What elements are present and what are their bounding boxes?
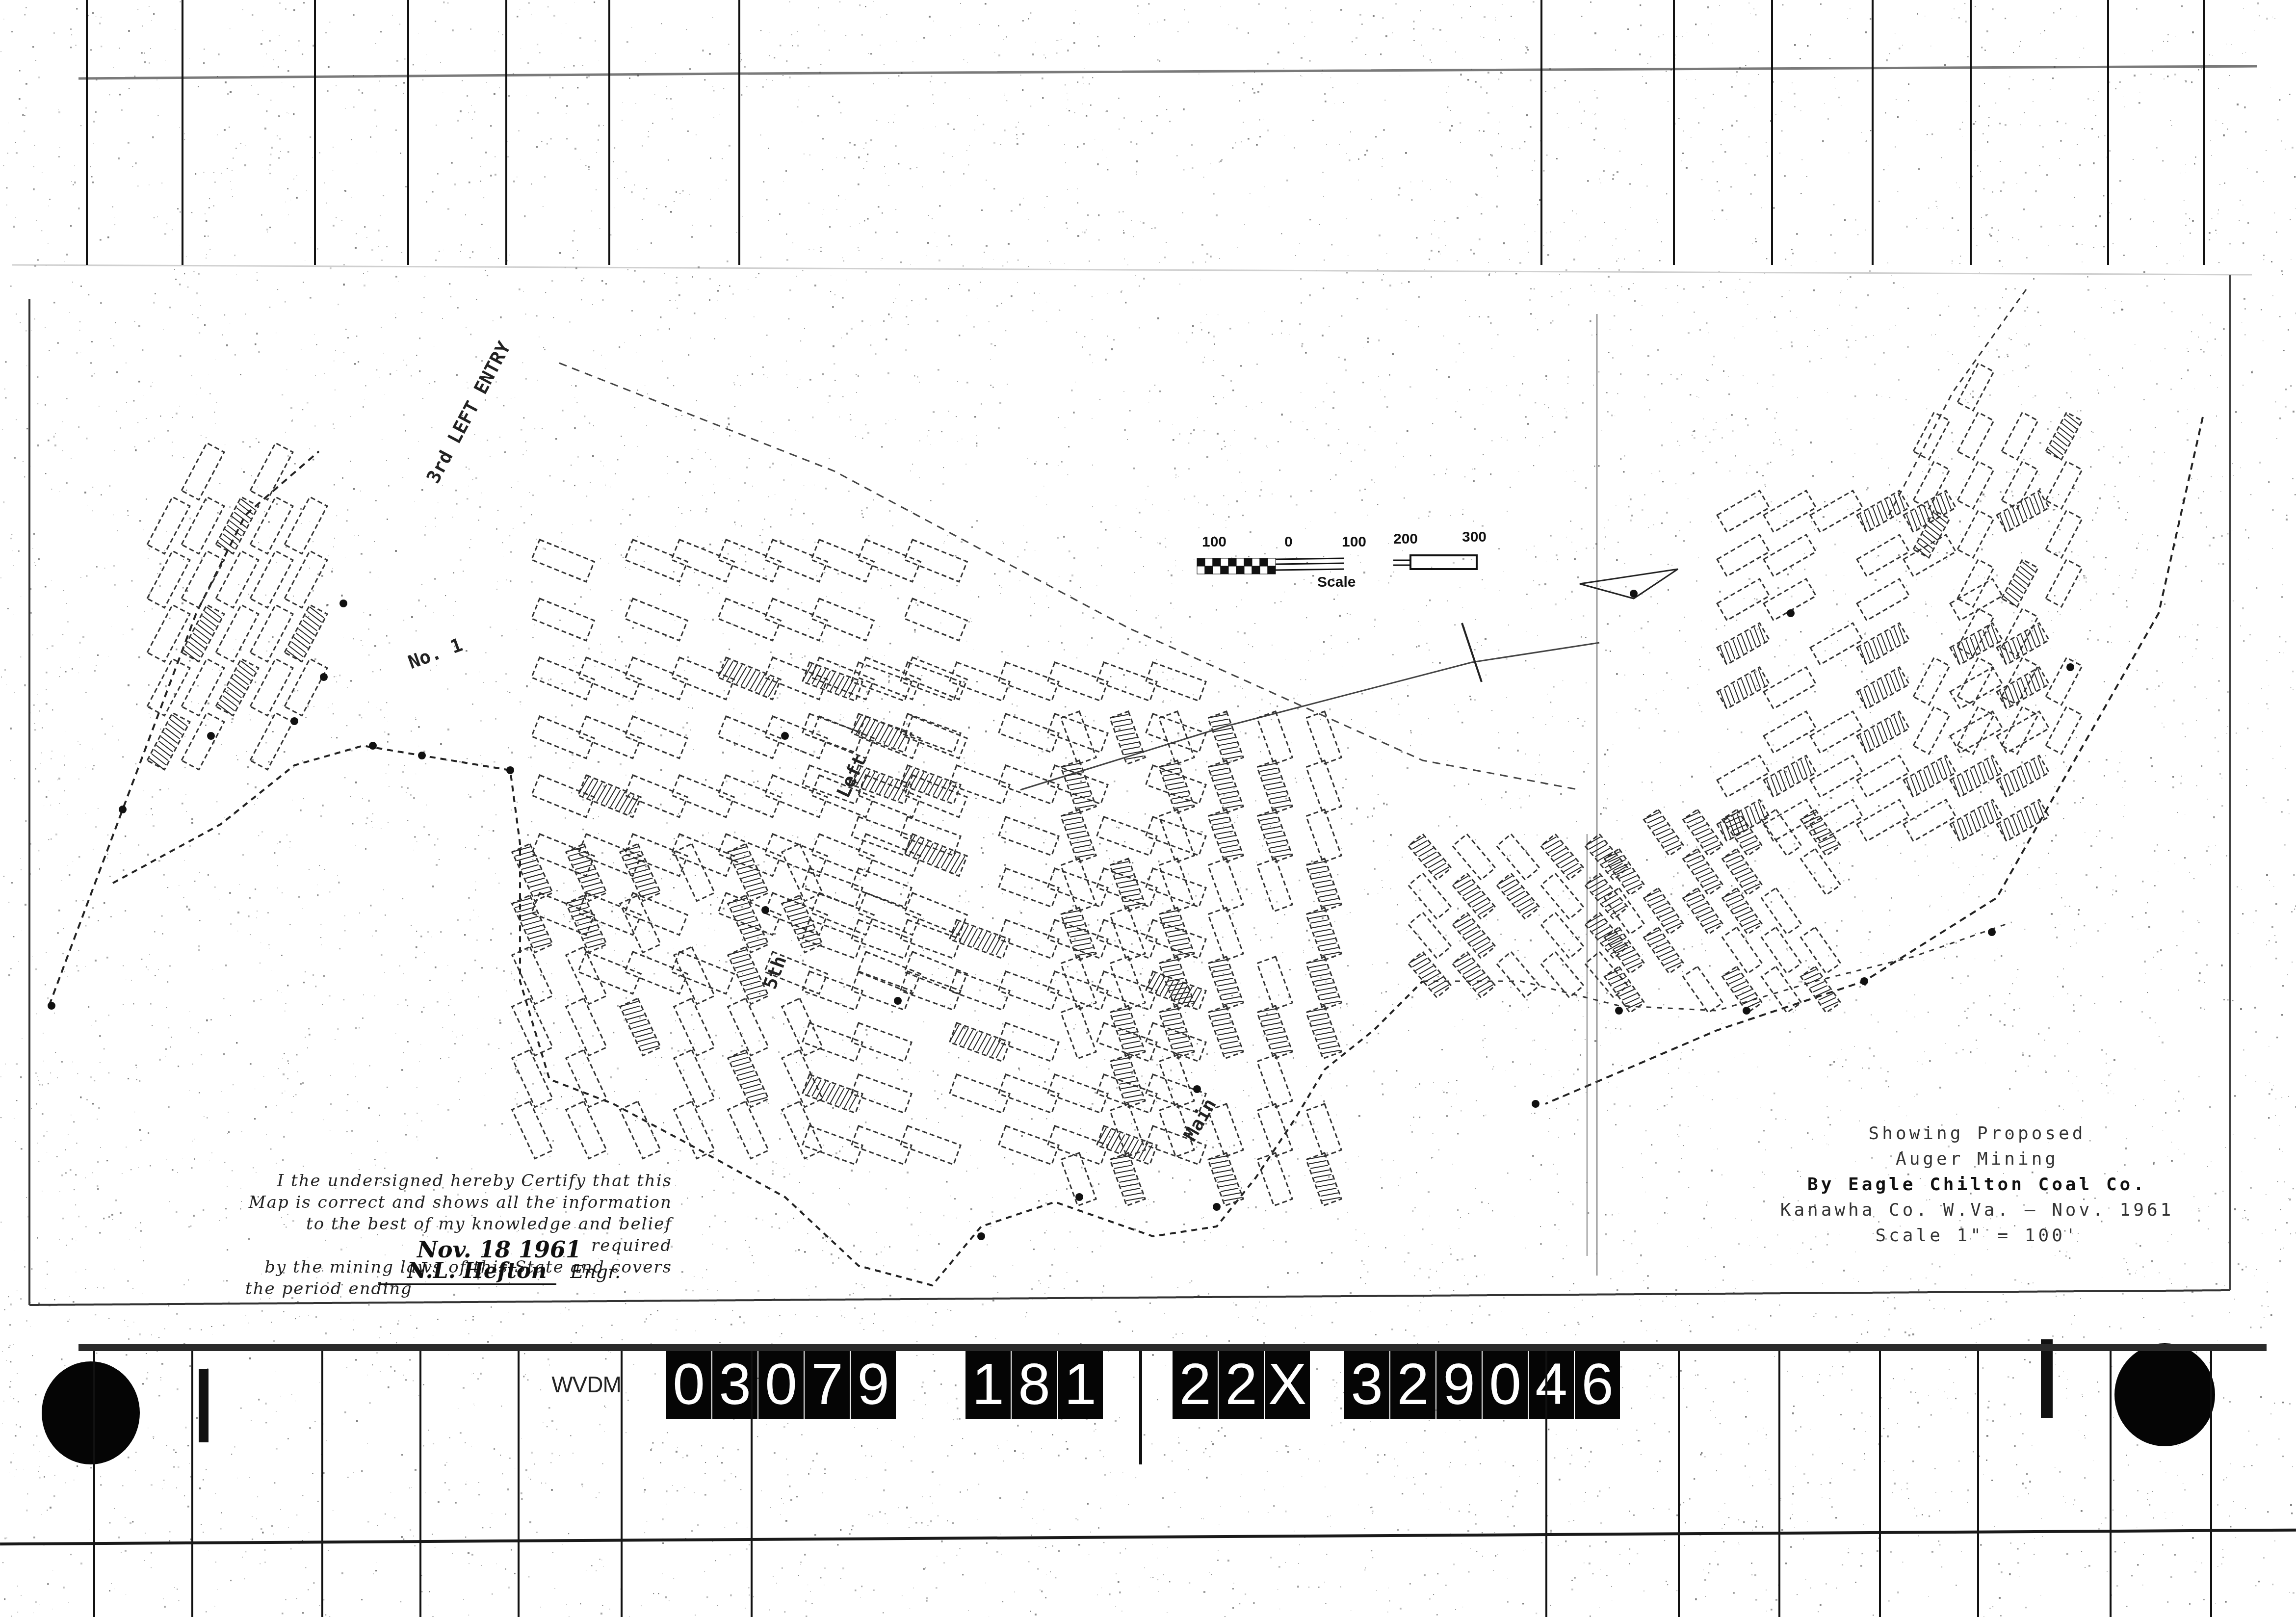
survey-station-icon — [1988, 928, 1996, 936]
arrow-line — [1580, 569, 1678, 599]
survey-station-icon — [1213, 1203, 1221, 1211]
engineer-signature: N.L. Hefton Engr. — [378, 1258, 621, 1283]
film-id-digit: 1 — [965, 1350, 1011, 1419]
title-line: Auger Mining — [1776, 1147, 2178, 1172]
property-boundary — [1545, 417, 2203, 1104]
survey-station-icon — [119, 806, 127, 813]
grid-line — [419, 1344, 421, 1617]
grid-line — [621, 1344, 623, 1617]
signature-suffix: Engr. — [570, 1261, 621, 1282]
film-edge-top — [78, 66, 2257, 78]
survey-station-icon — [207, 732, 215, 740]
outcrop-line — [1423, 922, 2011, 1011]
film-marker-right — [2041, 1339, 2053, 1418]
title-line: By Eagle Chilton Coal Co. — [1776, 1172, 2178, 1198]
survey-station-icon — [977, 1232, 985, 1240]
film-id-group: 03079 — [666, 1350, 897, 1419]
grid-line — [518, 1344, 520, 1617]
grid-line — [1678, 1344, 1680, 1617]
grid-line — [182, 0, 183, 265]
survey-station-icon — [320, 673, 328, 681]
survey-station-icon — [1193, 1085, 1201, 1093]
film-id-prefix: WVDM — [549, 1364, 623, 1406]
survey-station-icon — [369, 742, 377, 750]
north-line — [1462, 623, 1482, 682]
reel-hole-left-icon — [42, 1361, 140, 1464]
certification-line: I the undersigned hereby Certify that th… — [231, 1170, 672, 1192]
grid-line — [191, 1344, 193, 1617]
title-line: Kanawha Co. W.Va. — Nov. 1961 — [1776, 1198, 2178, 1223]
survey-station-icon — [1787, 609, 1795, 617]
grid-line — [1778, 1344, 1780, 1617]
survey-station-icon — [48, 1002, 55, 1010]
grid-line — [738, 0, 740, 265]
film-id-digit: 0 — [1483, 1350, 1528, 1419]
survey-station-icon — [290, 717, 298, 725]
film-id-digit: X — [1265, 1350, 1310, 1419]
film-id-digit: 2 — [1173, 1350, 1218, 1419]
survey-station-icon — [1630, 590, 1638, 598]
grid-line — [86, 0, 88, 265]
film-divider — [1139, 1347, 1142, 1464]
survey-station-icon — [894, 997, 902, 1005]
grid-line — [1545, 1344, 1547, 1617]
survey-station-icon — [1860, 977, 1868, 985]
grid-line — [1970, 0, 1972, 265]
film-id-digit: 0 — [758, 1350, 804, 1419]
film-marker-left — [199, 1369, 209, 1442]
survey-station-icon — [339, 600, 347, 607]
divider-left — [12, 265, 2252, 275]
grid-line — [93, 1344, 95, 1617]
survey-station-icon — [781, 732, 789, 740]
grid-line — [321, 1344, 323, 1617]
grid-line — [1540, 0, 1542, 265]
grid-line — [314, 0, 316, 265]
film-strip — [0, 1339, 2296, 1472]
survey-station-icon — [418, 752, 426, 759]
film-id-group: 329046 — [1344, 1350, 1621, 1419]
film-id-digit: 7 — [805, 1350, 850, 1419]
grid-line — [1771, 0, 1773, 265]
title-line: Scale 1" = 100' — [1776, 1223, 2178, 1249]
grid-line — [505, 0, 507, 265]
film-id-digit: 1 — [1058, 1350, 1103, 1419]
film-id-digit: 9 — [851, 1350, 896, 1419]
grid-line — [407, 0, 409, 265]
grid-line — [2203, 0, 2205, 265]
film-id-digit: 0 — [666, 1350, 711, 1419]
survey-station-icon — [1615, 1007, 1623, 1015]
survey-station-icon — [1743, 1007, 1750, 1015]
film-id-digit: 9 — [1436, 1350, 1482, 1419]
grid-line — [2210, 1344, 2212, 1617]
title-line: Showing Proposed — [1776, 1121, 2178, 1147]
signature-name: N.L. Hefton — [378, 1258, 556, 1285]
survey-station-icon — [761, 906, 769, 914]
survey-station-icon — [1075, 1193, 1083, 1201]
grid-line — [1872, 0, 1874, 265]
grid-line — [751, 1344, 753, 1617]
survey-station-icon — [506, 766, 514, 774]
grid-line — [608, 0, 610, 265]
scale-label: Scale — [1317, 574, 1356, 591]
survey-station-icon — [2066, 663, 2074, 671]
scale-bar: 100 0 100 200 300 Scale — [1177, 525, 1491, 599]
film-id-digit: 4 — [1529, 1350, 1574, 1419]
film-id-group: 22X — [1173, 1350, 1311, 1419]
film-frame-top — [78, 1344, 2267, 1351]
grid-line — [1673, 0, 1675, 265]
film-id-digit: 2 — [1219, 1350, 1264, 1419]
grid-line — [1879, 1344, 1881, 1617]
survey-station-icon — [1532, 1100, 1539, 1108]
title-block: Showing Proposed Auger Mining By Eagle C… — [1776, 1121, 2178, 1249]
reel-hole-right-icon — [2114, 1343, 2215, 1446]
certification-line: Map is correct and shows all the informa… — [231, 1192, 672, 1213]
film-id-digit: 3 — [1344, 1350, 1389, 1419]
grid-line — [1977, 1344, 1979, 1617]
film-id-digit: 8 — [1012, 1350, 1057, 1419]
grid-line — [2107, 0, 2109, 265]
film-id-digit: 6 — [1575, 1350, 1620, 1419]
grid-line — [2110, 1344, 2112, 1617]
film-id-digit: 2 — [1390, 1350, 1435, 1419]
film-id-group: 181 — [965, 1350, 1104, 1419]
